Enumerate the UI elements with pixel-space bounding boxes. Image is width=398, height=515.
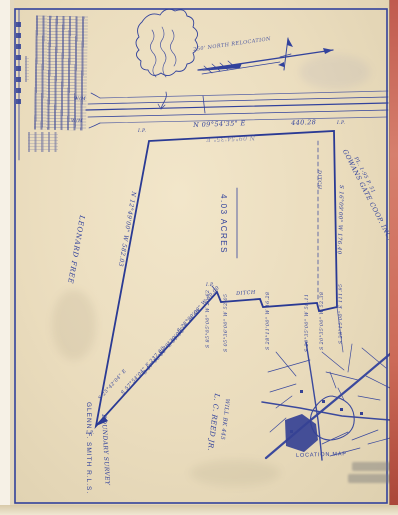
- scan-left-margin: [0, 0, 14, 515]
- scan-bottom-edge: [0, 505, 398, 515]
- area-label: 4.03 ACRES: [219, 194, 228, 254]
- bearing-label: S 20°35'00" W 58.11: [305, 294, 310, 352]
- bearing-label: S 28°15'00" E 111.95: [339, 284, 344, 344]
- handwritten-notes-block: [34, 16, 88, 131]
- handwritten-notes-block: [28, 132, 58, 152]
- watermark: [352, 462, 394, 471]
- iron-pin-label: I.P.: [138, 129, 146, 134]
- bearing-label: S 05°36'00" W 52.05: [224, 294, 229, 352]
- bearing-label: S 20°35'00" W 52.38: [320, 292, 325, 350]
- border-ruler-ticks: [16, 22, 21, 104]
- utility-mark: W/M: [71, 119, 83, 124]
- margin-printing: [25, 56, 29, 82]
- utility-mark: W/M: [74, 97, 86, 102]
- ditch-label: DITCH: [316, 170, 322, 190]
- watermark: [348, 474, 396, 483]
- survey-plat-sheet: N 09°54'35" E 440.28 N 09°54'35" E 250' …: [0, 0, 398, 515]
- bearing-label: S 85°05'00" W 20.62: [206, 290, 211, 348]
- iron-pin-label: I.P.: [337, 121, 345, 126]
- bearing-label: S 28°11'00" W 46.28: [266, 292, 271, 350]
- road-distance-label: 440.28: [291, 118, 316, 127]
- surveyor-name: GLENN F. SMITH R.L.S.: [85, 402, 92, 494]
- paper-red-edge: [390, 0, 398, 515]
